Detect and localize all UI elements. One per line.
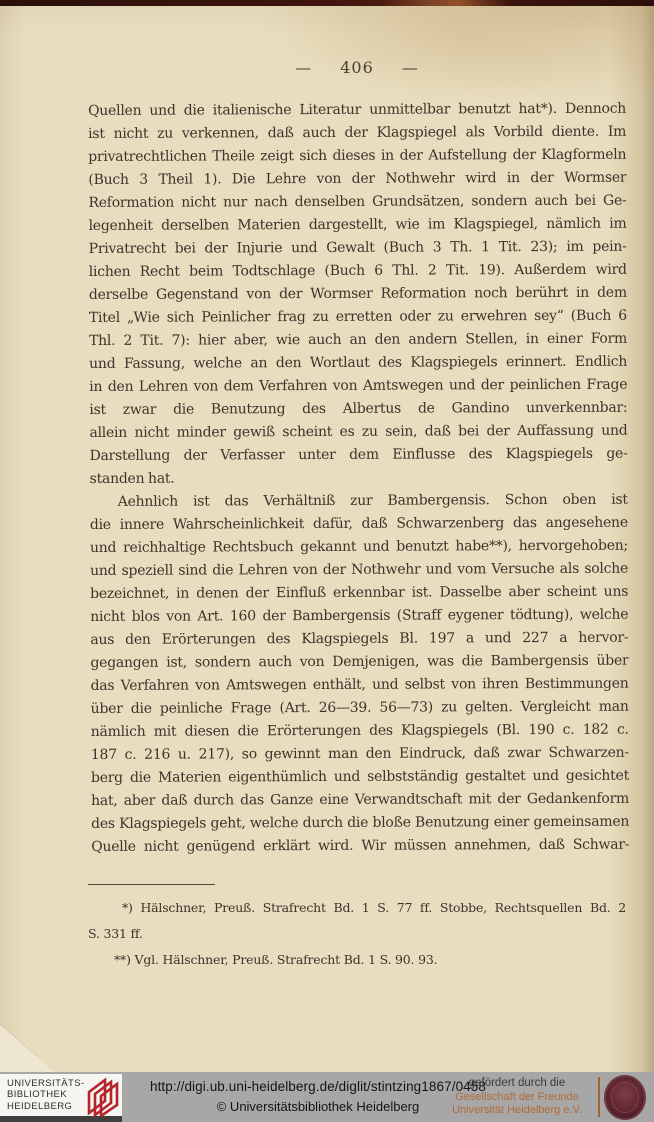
funding-line-2: Gesellschaft der Freunde	[442, 1091, 592, 1105]
body-line: legenheit derselben Materien dargestellt…	[89, 213, 627, 238]
footnote-rule	[88, 884, 215, 885]
footnote-line: *) Hälschner, Preuß. Strafrecht Bd. 1 S.…	[88, 895, 626, 921]
body-line: allein nicht minder gewiß scheint es zu …	[89, 420, 627, 445]
footnotes: *) Hälschner, Preuß. Strafrecht Bd. 1 S.…	[88, 895, 626, 973]
page-curl	[0, 1024, 56, 1072]
body-line: und speziell sind die Lehren von der Not…	[90, 558, 628, 583]
body-line: Darstellung der Verfasser unter dem Einf…	[90, 443, 628, 468]
body-line: berg die Materien eigenthümlich und selb…	[91, 765, 629, 790]
body-line: Titel „Wie sich Peinlicher frag zu erret…	[89, 305, 627, 330]
footnote-line: **) Vgl. Hälschner, Preuß. Strafrecht Bd…	[88, 947, 626, 973]
body-line: Privatrecht bei der Injurie und Gewalt (…	[89, 236, 627, 261]
library-name-line: BIBLIOTHEK	[7, 1089, 85, 1101]
stacked-books-icon	[84, 1075, 122, 1117]
page-number: — 406 —	[88, 58, 626, 77]
body-line: hat, aber daß durch das Ganze eine Verwa…	[91, 788, 629, 813]
body-line: über die peinliche Frage (Art. 26—39. 56…	[91, 696, 629, 721]
scanned-book-page: — 406 — Quellen und die italienische Lit…	[0, 0, 654, 1122]
body-line: Reformation nicht nur nach denselben Gru…	[88, 190, 626, 215]
body-line: gegangen ist, sondern auch von Demjenige…	[90, 650, 628, 675]
body-line: bezeichnet, in denen der Einfluß erkennb…	[90, 581, 628, 606]
body-line: nicht blos von Art. 160 der Bambergensis…	[90, 604, 628, 629]
library-name: UNIVERSITÄTS- BIBLIOTHEK HEIDELBERG	[0, 1078, 85, 1113]
body-line: Thl. 2 Tit. 7): hier aber, wie auch an d…	[89, 328, 627, 353]
body-line: und Fassung, welche an den Wortlaut des …	[89, 351, 627, 376]
body-line: (Buch 3 Theil 1). Die Lehre von der Noth…	[88, 167, 626, 192]
funding-line-1: gefördert durch die	[442, 1077, 592, 1091]
funding-line-3: Universität Heidelberg e.V.	[442, 1104, 592, 1118]
seal-divider	[598, 1077, 600, 1117]
body-line: aus den Erörterungen des Klagspiegels Bl…	[90, 627, 628, 652]
university-heidelberg-seal-icon	[604, 1075, 646, 1120]
body-text: Quellen und die italienische Literatur u…	[88, 98, 629, 859]
body-line: in den Lehren von dem Verfahren von Amts…	[89, 374, 627, 399]
body-line: das Verfahren von Amtswegen enthält, und…	[91, 673, 629, 698]
body-line: die innere Wahrscheinlichkeit dafür, daß…	[90, 512, 628, 537]
body-line: 187 c. 216 u. 217), so gewinnt man den E…	[91, 742, 629, 767]
footer-bar: UNIVERSITÄTS- BIBLIOTHEK HEIDELBERG http…	[0, 1072, 654, 1122]
body-line: nämlich mit diesen die Erörterungen des …	[91, 719, 629, 744]
body-line: ist nicht zu verkennen, daß auch der Kla…	[88, 121, 626, 146]
body-line: und reichhaltige Rechtsbuch gekannt und …	[90, 535, 628, 560]
body-line: des Klagspiegels geht, welche durch die …	[91, 811, 629, 836]
body-line: privatrechtlichen Theile zeigt sich dies…	[88, 144, 626, 169]
library-name-line: HEIDELBERG	[7, 1101, 85, 1113]
body-line: Quelle nicht genügend erklärt wird. Wir …	[91, 834, 629, 859]
library-name-line: UNIVERSITÄTS-	[7, 1078, 85, 1090]
library-placard: UNIVERSITÄTS- BIBLIOTHEK HEIDELBERG	[0, 1074, 122, 1116]
body-line: ist zwar die Benutzung des Albertus de G…	[89, 397, 627, 422]
body-line: lichen Recht beim Todtschlage (Buch 6 Th…	[89, 259, 627, 284]
body-line: derselbe Gegenstand von der Wormser Refo…	[89, 282, 627, 307]
footnote-line: S. 331 ff.	[88, 921, 626, 947]
book-binding-edge	[0, 0, 654, 6]
body-line: standen hat.	[90, 466, 628, 491]
funding-credit: gefördert durch die Gesellschaft der Fre…	[442, 1077, 592, 1118]
body-line: Aehnlich ist das Verhältniß zur Bamberge…	[90, 489, 628, 514]
body-line: Quellen und die italienische Literatur u…	[88, 98, 626, 123]
